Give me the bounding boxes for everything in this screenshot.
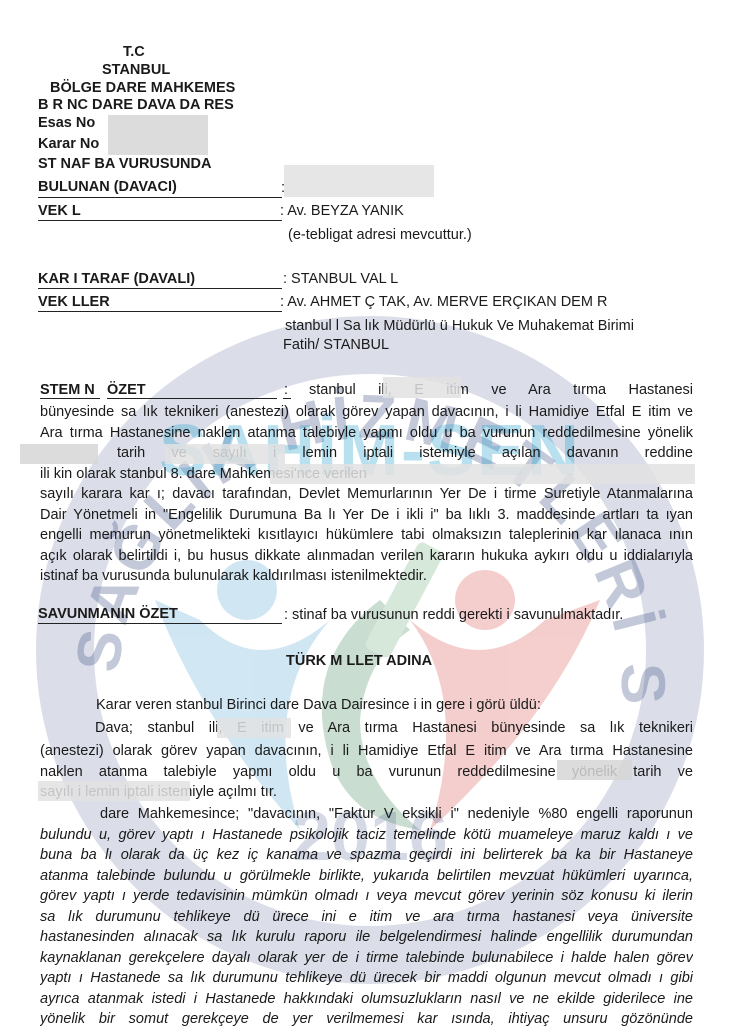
esas-no-label: Esas No <box>38 115 95 132</box>
mahkeme-line-11: yönelik bir somut gerekçeye de yer veril… <box>40 1009 693 1030</box>
header-city: STANBUL <box>102 62 170 79</box>
istemin-colon: : <box>284 382 288 398</box>
vekil-value: : Av. BEYZA YANIK <box>280 203 404 219</box>
istemin-line-9: açık olarak belirtildi i, bu husus dikka… <box>40 546 693 567</box>
davaci-underline <box>38 197 282 198</box>
mahkeme-line-3: buna ba lı olarak da üç kez iç kanama ve… <box>40 845 693 866</box>
istinaf-label: ST NAF BA VURUSUNDA <box>38 156 211 173</box>
davali-label: KAR I TARAF (DAVALI) <box>38 271 195 287</box>
istemin-ozeti-paragraph-2: sayılı karara kar ı; davacı tarafından, … <box>40 484 693 587</box>
redacted-number-2 <box>38 781 190 801</box>
davaci-label: BULUNAN (DAVACI) <box>38 179 177 195</box>
istemin-line-1: stanbul ili, E itim ve Ara tırma Hastane… <box>309 382 693 398</box>
istemin-line-2: bünyesinde sa lık teknikeri (anestezi) o… <box>40 402 693 423</box>
colon-underline <box>283 398 291 399</box>
mahkeme-line-8: kaynaklanan gerekçelere dayalı olarak ye… <box>40 948 693 969</box>
vekiller-address-1: stanbul l Sa lık Müdürlü ü Hukuk Ve Muha… <box>285 318 634 334</box>
redacted-date-1 <box>20 444 98 464</box>
istemin-line-7: Dair Yönetmeli in "Engelilik Durumuna Ba… <box>40 505 693 526</box>
istemin-underline-b <box>107 398 277 399</box>
court-decision-page: T.C STANBUL BÖLGE DARE MAHKEMES B R NC D… <box>0 0 741 1033</box>
redacted-plaintiff-name <box>284 165 434 197</box>
header-chamber: B R NC DARE DAVA DA RES <box>38 97 234 114</box>
karar-no-label: Karar No <box>38 136 99 153</box>
vekil-underline <box>38 220 282 221</box>
davali-underline <box>38 288 282 289</box>
vekiller-underline <box>38 311 282 312</box>
redacted-hospital-2 <box>217 718 291 738</box>
dava-line-2: (anestezi) olarak görev yapan davacının,… <box>40 741 693 762</box>
mahkeme-line-9: yaptı ı Hastanede sa lık durumunu tehlik… <box>40 968 693 989</box>
decision-intro: Karar veren stanbul Birinci dare Dava Da… <box>96 697 541 713</box>
istemin-line-8: engelli memurun yönetmelikteki kısıtlayı… <box>40 525 693 546</box>
istemin-underline-a <box>40 398 100 399</box>
mahkeme-paragraph: dare Mahkemesince; "davacının, "Faktur V… <box>40 804 693 1030</box>
mahkeme-line-1: dare Mahkemesince; "davacının, "Faktur V… <box>40 804 693 825</box>
savunma-label: SAVUNMANIN ÖZET <box>38 606 178 622</box>
redacted-number-1 <box>165 444 285 464</box>
istemin-ozeti-label-a: STEM N <box>40 382 95 398</box>
redacted-hospital-1 <box>383 377 461 398</box>
istemin-line-4: tarih ve sayılı i lemin iptali istemiyle… <box>40 443 693 464</box>
istemin-ozeti-label-b: ÖZET <box>107 382 146 398</box>
header-court: BÖLGE DARE MAHKEMES <box>50 80 235 97</box>
dava-line-1: Dava; stanbul ili, E itim ve Ara tırma H… <box>95 720 693 736</box>
decision-title: TÜRK M LLET ADINA <box>286 653 432 669</box>
savunma-underline <box>38 623 282 624</box>
davali-value: : STANBUL VAL L <box>283 271 398 287</box>
mahkeme-line-2: bulundu u, görev yaptı ı Hastanede psiko… <box>40 825 693 846</box>
vekil-note: (e-tebligat adresi mevcuttur.) <box>288 227 472 243</box>
vekiller-address-2: Fatih/ STANBUL <box>283 337 389 353</box>
istemin-line-10: istinaf ba vurusunda bulunularak kaldırı… <box>40 566 693 587</box>
istemin-line-3: Ara tırma Hastanesine naklen atanma tale… <box>40 423 693 444</box>
mahkeme-line-7: hastanesinden alınacak sa lık kurulu rap… <box>40 927 693 948</box>
istemin-line-6: sayılı karara kar ı; davacı tarafından, … <box>40 484 693 505</box>
vekil-label: VEK L <box>38 203 81 219</box>
mahkeme-line-6: sa lık durumunu tehlikeye dü ürece ini e… <box>40 907 693 928</box>
mahkeme-line-5: görev yaptı ı yerde tedavisinin mümkün o… <box>40 886 693 907</box>
vekiller-value: : Av. AHMET Ç TAK, Av. MERVE ERÇIKAN DEM… <box>280 294 607 310</box>
vekiller-label: VEK LLER <box>38 294 110 310</box>
mahkeme-line-10: ayrıca atanmak istedi i Hastanede hakkın… <box>40 989 693 1010</box>
savunma-text: : stinaf ba vurusunun reddi gerekti i sa… <box>284 607 623 623</box>
redacted-date-2 <box>557 760 632 780</box>
redacted-case-numbers <box>108 115 208 155</box>
header-tc: T.C <box>123 44 145 61</box>
redacted-decision-ref <box>270 464 695 484</box>
mahkeme-line-4: atanma talebinde bulundu u görülmekle bi… <box>40 866 693 887</box>
